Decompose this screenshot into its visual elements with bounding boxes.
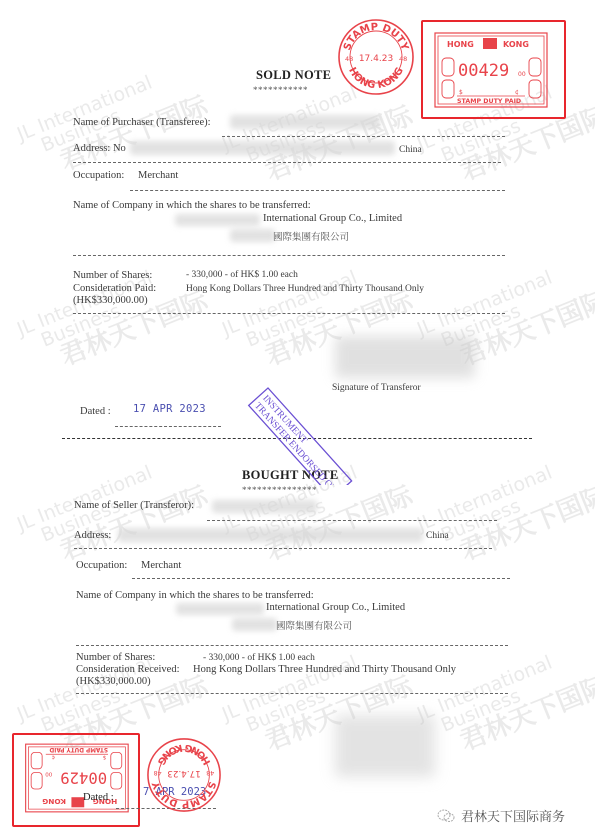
seller-address-country: China bbox=[426, 531, 449, 541]
svg-text:HONG: HONG bbox=[447, 40, 474, 49]
stamp-duty-paid-stamp: HONG KONG 00429 00 $ ¢ STAMP DUTY PAID bbox=[22, 740, 130, 816]
watermark: JL InternationalBusiness君林天下国际 bbox=[15, 447, 211, 576]
divider bbox=[115, 426, 221, 427]
divider bbox=[207, 520, 497, 521]
svg-text:00429: 00429 bbox=[60, 769, 107, 787]
divider bbox=[76, 693, 508, 694]
sold-consideration-label: Consideration Paid: bbox=[73, 283, 156, 294]
sold-company-redacted bbox=[175, 214, 260, 226]
bought-shares-label: Number of Shares: bbox=[76, 652, 155, 663]
svg-text:48: 48 bbox=[206, 769, 214, 776]
footer-brand: 君林天下国际商务 bbox=[437, 806, 565, 825]
seller-address-redacted bbox=[118, 528, 423, 542]
svg-text:00: 00 bbox=[518, 71, 526, 78]
purchaser-label: Name of Purchaser (Transferee): bbox=[73, 117, 211, 128]
purchaser-name-redacted bbox=[230, 115, 380, 129]
divider bbox=[74, 548, 492, 549]
purchaser-address-label: Address: No bbox=[73, 143, 126, 154]
watermark: JL InternationalBusiness君林天下国际 bbox=[415, 637, 595, 766]
seller-name-redacted bbox=[212, 500, 317, 513]
sold-company-zh: 國際集團有限公司 bbox=[273, 229, 349, 243]
sold-shares-value: - 330,000 - of HK$ 1.00 each bbox=[186, 270, 298, 280]
stamp-duty-paid-stamp: HONG KONG 00429 00 $ ¢ STAMP DUTY PAID bbox=[433, 30, 551, 110]
bought-company-zh-redacted bbox=[232, 618, 277, 631]
bought-dated-label: Dated : bbox=[83, 792, 114, 803]
bought-company-label: Name of Company in which the shares to b… bbox=[76, 590, 314, 601]
svg-text:KONG: KONG bbox=[42, 797, 66, 806]
bought-consideration-value: Hong Kong Dollars Three Hundred and Thir… bbox=[193, 664, 456, 675]
divider bbox=[73, 313, 505, 314]
watermark: JL InternationalBusiness君林天下国际 bbox=[415, 447, 595, 576]
svg-text:48: 48 bbox=[154, 769, 162, 776]
sold-note-title: SOLD NOTE bbox=[256, 68, 331, 83]
seller-label: Name of Seller (Transferor): bbox=[74, 500, 194, 511]
divider bbox=[73, 162, 501, 163]
purchaser-occupation-value: Merchant bbox=[138, 170, 178, 181]
sold-company-zh-redacted bbox=[230, 229, 275, 242]
bought-note-stars: *************** bbox=[242, 485, 317, 495]
transferee-signature-redacted bbox=[335, 715, 435, 777]
svg-text:48: 48 bbox=[345, 55, 353, 63]
stamp-duty-round-stamp: STAMP DUTY HONG KONG 17.4.23 48 48 bbox=[337, 18, 415, 96]
sold-company-en: International Group Co., Limited bbox=[263, 213, 402, 224]
purchaser-address-redacted bbox=[130, 141, 395, 155]
svg-text:STAMP DUTY PAID: STAMP DUTY PAID bbox=[457, 98, 521, 105]
sold-note-stars: *********** bbox=[253, 85, 308, 95]
svg-text:TRANSFER ENDORSED OF: TRANSFER ENDORSED OF bbox=[252, 401, 337, 485]
seller-occupation-label: Occupation: bbox=[76, 560, 127, 571]
round-stamp-top-text: STAMP DUTY bbox=[342, 22, 410, 53]
divider bbox=[73, 255, 505, 256]
wechat-icon bbox=[437, 809, 455, 823]
divider bbox=[132, 578, 510, 579]
sold-shares-label: Number of Shares: bbox=[73, 270, 152, 281]
bought-shares-value: - 330,000 - of HK$ 1.00 each bbox=[203, 653, 315, 663]
bought-company-redacted bbox=[176, 603, 264, 615]
svg-text:¢: ¢ bbox=[51, 754, 55, 760]
svg-text:STAMP DUTY: STAMP DUTY bbox=[150, 779, 217, 809]
svg-text:17.4.23: 17.4.23 bbox=[359, 54, 393, 64]
footer-brand-text: 君林天下国际商务 bbox=[461, 806, 565, 825]
svg-text:¢: ¢ bbox=[515, 89, 519, 96]
sold-consideration-amount: (HK$330,000.00) bbox=[73, 295, 148, 306]
bought-company-en: International Group Co., Limited bbox=[266, 602, 405, 613]
sold-company-label: Name of Company in which the shares to b… bbox=[73, 200, 311, 211]
svg-text:17.4.23: 17.4.23 bbox=[167, 768, 200, 778]
bought-consideration-label: Consideration Received: bbox=[76, 664, 180, 675]
svg-text:00: 00 bbox=[45, 771, 52, 777]
seller-address-label: Address: bbox=[74, 530, 111, 541]
purchaser-occupation-label: Occupation: bbox=[73, 170, 124, 181]
sold-dated-label: Dated : bbox=[80, 406, 111, 417]
bought-consideration-amount: (HK$330,000.00) bbox=[76, 676, 151, 687]
sold-consideration-value: Hong Kong Dollars Three Hundred and Thir… bbox=[186, 284, 424, 294]
sold-dated-value: 17 APR 2023 bbox=[133, 403, 206, 415]
instrument-of-transfer-endorsed-stamp: INSTRUMENT TRANSFER ENDORSED OF bbox=[238, 380, 378, 485]
purchaser-address-country: China bbox=[399, 145, 422, 155]
divider bbox=[76, 645, 508, 646]
divider bbox=[130, 190, 505, 191]
svg-text:48: 48 bbox=[399, 55, 407, 63]
svg-text:$: $ bbox=[459, 89, 463, 96]
svg-text:STAMP DUTY PAID: STAMP DUTY PAID bbox=[49, 746, 108, 752]
svg-text:$: $ bbox=[102, 754, 106, 760]
divider bbox=[222, 136, 505, 137]
transferor-signature-redacted bbox=[335, 336, 475, 378]
svg-text:KONG: KONG bbox=[503, 40, 529, 49]
svg-text:00429: 00429 bbox=[458, 61, 509, 81]
seller-occupation-value: Merchant bbox=[141, 560, 181, 571]
stamp-duty-round-stamp: STAMP DUTY HONG KONG 17.4.23 48 48 bbox=[146, 737, 222, 813]
bought-company-zh: 國際集團有限公司 bbox=[276, 618, 352, 632]
